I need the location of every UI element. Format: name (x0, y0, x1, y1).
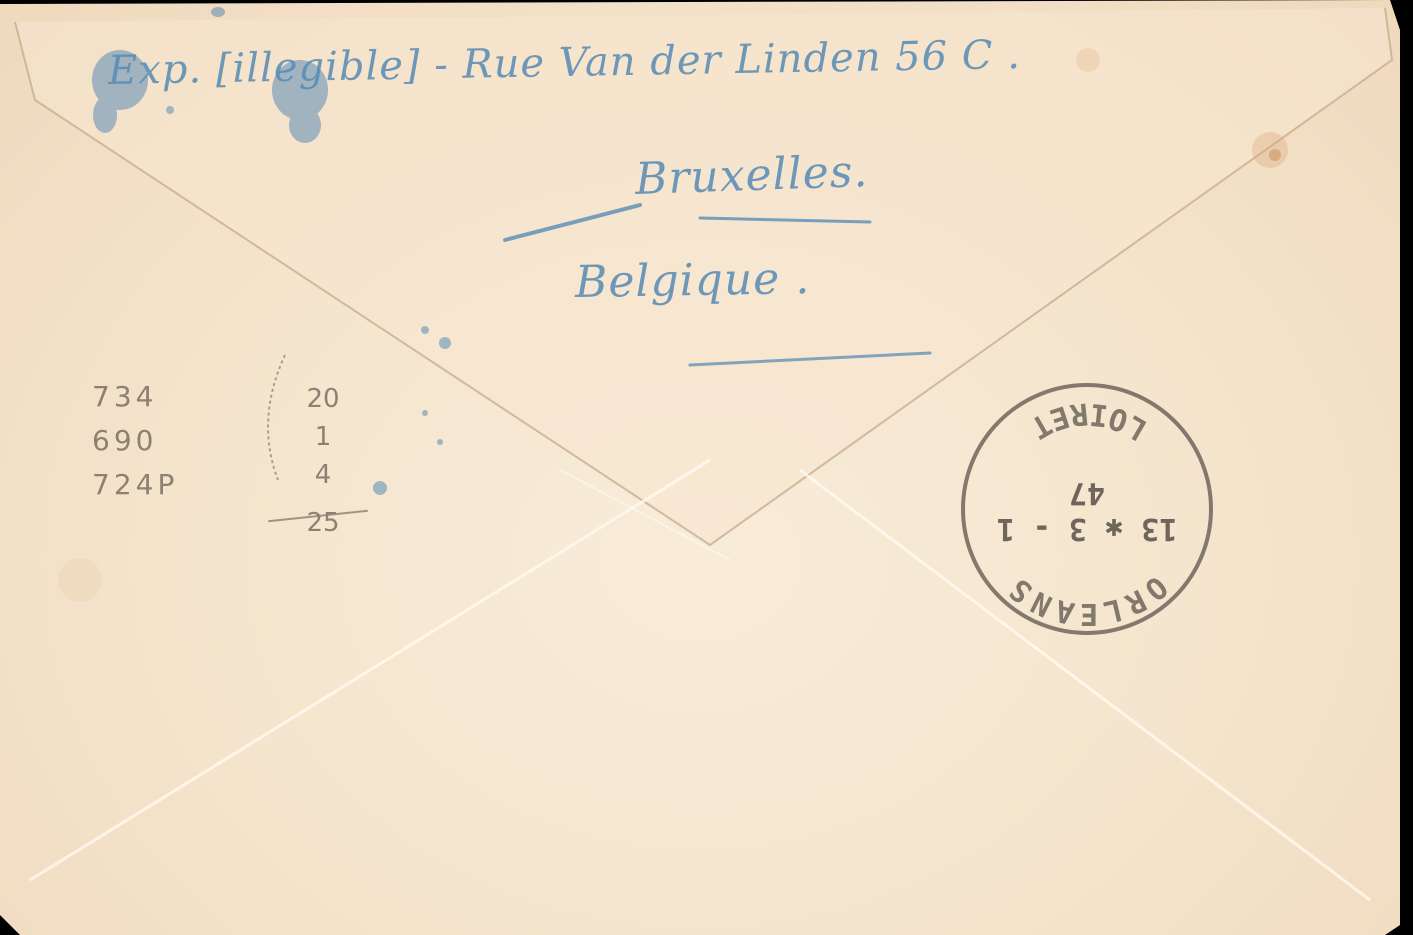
svg-text:LOIRET: LOIRET (1021, 395, 1153, 447)
pencil-total: 25 (288, 504, 358, 542)
pencil-note: 724P (92, 463, 178, 507)
postmark-date-line2: 47 (958, 474, 1216, 510)
svg-text:ORLEANS: ORLEANS (1000, 569, 1174, 631)
envelope-back: Exp. [illegible] - Rue Van der Linden 56… (0, 0, 1400, 935)
postmark: ORLEANS LOIRET 13 ✱ 3 - 1 47 (958, 380, 1216, 638)
postmark-date: 13 ✱ 3 - 1 47 (958, 474, 1216, 546)
postmark-town: ORLEANS (1000, 569, 1174, 631)
pencil-note: 4 (288, 456, 358, 494)
pencil-note: 734 (92, 375, 178, 419)
pencil-notes-left: 734 690 724P (92, 375, 178, 507)
pencil-note: 20 (288, 380, 358, 418)
postmark-department: LOIRET (1021, 395, 1153, 447)
sender-country: Belgique . (575, 253, 811, 308)
postmark-date-line1: 13 ✱ 3 - 1 (958, 510, 1216, 546)
pencil-note: 1 (288, 418, 358, 456)
pencil-note: 690 (92, 419, 178, 463)
sender-city: Bruxelles. (634, 146, 869, 205)
